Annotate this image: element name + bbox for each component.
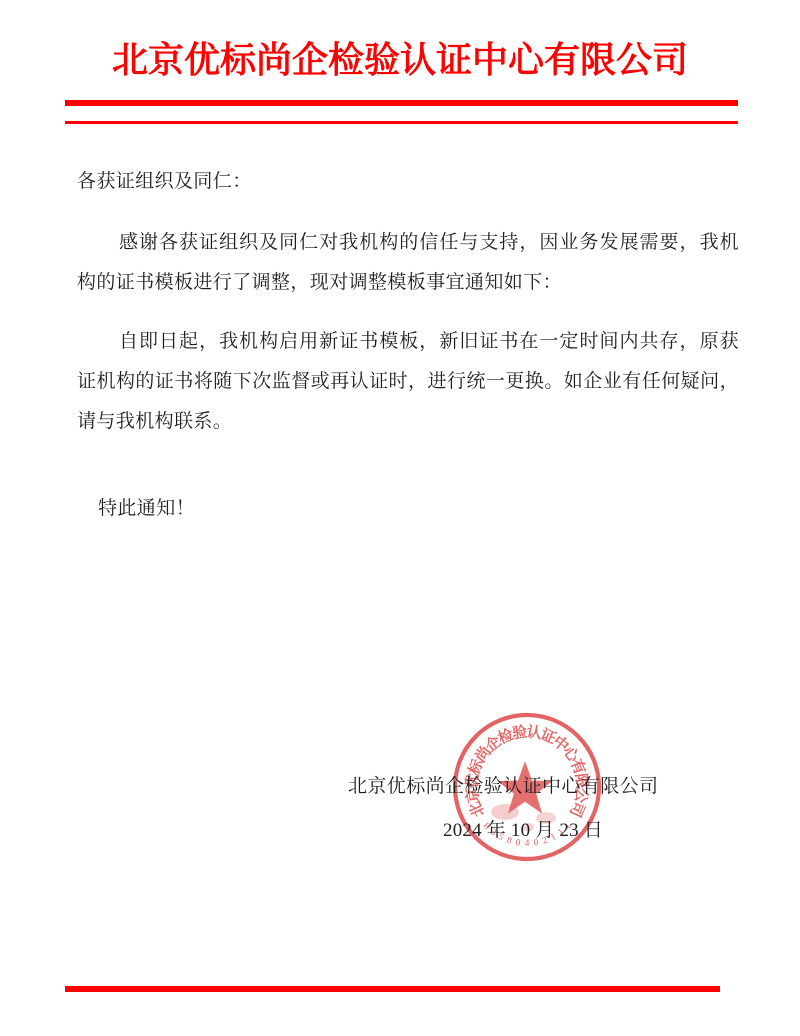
signature-date: 2024 年 10 月 23 日 [443,811,703,851]
paragraph-1-line-1: 感谢各获证组织及同仁对我机构的信任与支持，因业务发展需要，我机 [77,223,739,263]
letterhead-company-title: 北京优标尚企检验认证中心有限公司 [0,38,800,82]
paragraph-2-line-2: 证机构的证书将随下次监督或再认证时，进行统一更换。如企业有任何疑问， [77,362,739,402]
paragraph-2: 自即日起，我机构启用新证书模板，新旧证书在一定时间内共存，原获 证机构的证书将随… [77,322,739,442]
signature-company-name: 北京优标尚企检验认证中心有限公司 [348,767,668,807]
header-rule-thick [65,100,738,106]
notice-letter-page: 北京优标尚企检验认证中心有限公司 各获证组织及同仁： 感谢各获证组织及同仁对我机… [0,0,800,1036]
footer-rule [65,986,720,992]
closing-statement: 特此通知！ [98,489,498,529]
paragraph-1: 感谢各获证组织及同仁对我机构的信任与支持，因业务发展需要，我机 构的证书模板进行… [77,223,739,303]
paragraph-2-line-3: 请与我机构联系。 [77,402,739,442]
paragraph-2-line-1: 自即日起，我机构启用新证书模板，新旧证书在一定时间内共存，原获 [77,322,739,362]
header-rule-thin [65,121,738,124]
salutation: 各获证组织及同仁： [77,162,739,202]
paragraph-1-line-2: 构的证书模板进行了调整，现对调整模板事宜通知如下： [77,263,739,303]
